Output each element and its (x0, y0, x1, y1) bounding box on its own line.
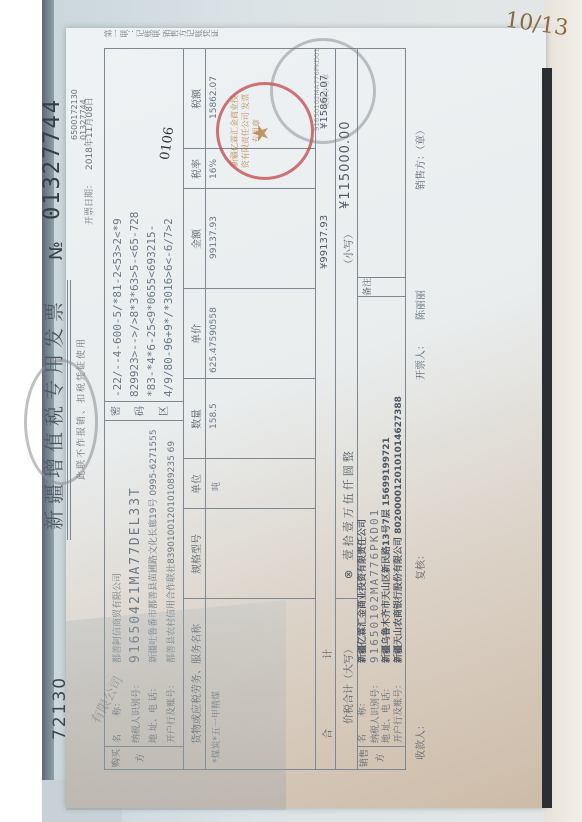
seller-label: 销售方 (357, 746, 405, 769)
star-icon: ★ (249, 123, 274, 143)
grand-total-words: ⊗ 壹拾壹万伍仟圆整 (340, 448, 356, 579)
seller-name-label: 名 称： (357, 663, 369, 743)
seller-bank: 新疆天山农商银行股份有限公司 8020000120101014627388 (394, 396, 404, 663)
grand-total-small-label: （小写） (340, 229, 355, 269)
totals-row: 合 计 ¥99137.93 ¥15862.07 (315, 49, 336, 769)
item-price: 625.47590558 (209, 307, 219, 373)
cipher-line: *83-*4*6-25<9*0655<693215- (143, 57, 160, 397)
col-amount-label: 金额 (183, 189, 203, 289)
seller-bank-row: 开户行及账号：新疆天山农商银行股份有限公司 802000012010101462… (393, 303, 405, 743)
item-amount: 99137.93 (209, 216, 219, 259)
invoice-title: 新疆增值税专用发票 (38, 296, 67, 530)
seller-name: 新疆亿霖汇金商业投资有限责任公司 (358, 519, 368, 663)
date-label: 开票日期： (82, 180, 95, 225)
number-label: № (46, 241, 67, 260)
invoice-subtitle: 此联不作报销、扣税凭证使用 (74, 337, 87, 480)
issuer-name: 陈丽丽 (412, 290, 427, 320)
invoice-date: 2018年11月08日 (82, 97, 95, 170)
seller-section: 销售方 名 称：新疆亿霖汇金商业投资有限责任公司 纳税人识别号：91650102… (357, 49, 405, 769)
seller-taxid-row: 纳税人识别号：91650102MA776PKD01 (369, 303, 381, 743)
col-spec: 规格型号 (183, 508, 205, 599)
col-tax: 税额 (183, 49, 205, 149)
cipher-area-label: 密码区 (105, 401, 183, 421)
col-spec-label: 规格型号 (183, 509, 203, 599)
grand-total-row: 价税合计（大写） ⊗ 壹拾壹万伍仟圆整 （小写） ¥115000.00 (335, 49, 358, 769)
grey-invoice-stamp: 91650102MA776PKD01 发票专用章 (270, 38, 376, 144)
seller-address-row: 地 址、电 话：新疆乌鲁木齐市天山区新民路13号7层 15699199721 (381, 303, 393, 743)
item-rate: 16% (209, 159, 219, 179)
cipher-line: -22/--4-600-5/*81-2<53>2<*9 (109, 57, 126, 397)
item-qty: 158.5 (209, 403, 219, 429)
cipher-area: -22/--4-600-5/*81-2<53>2<*9 829923>-->/>… (109, 57, 177, 397)
title-underline (67, 280, 71, 540)
grand-total-label: 价税合计（大写） (335, 599, 355, 769)
grey-stamp-text: 91650102MA776PKD01 发票专用章 (313, 51, 331, 131)
total-amount: ¥99137.93 (319, 215, 330, 269)
issuer-label: 开票人： (412, 340, 427, 380)
col-rate-label: 税率 (183, 149, 203, 189)
code-small: 6500172130 (70, 89, 79, 140)
seller-seal-label: 销售方：（章） (412, 125, 427, 190)
col-unit-label: 单位 (183, 459, 203, 509)
col-price: 单价 (183, 288, 205, 379)
invoice-footer: 收款人： 复核： 开票人： 陈丽丽 销售方：（章） (412, 50, 432, 770)
seller-bank-label: 开户行及账号： (393, 663, 405, 743)
item-unit: 吨 (209, 482, 222, 491)
copy-designation: 第一联：记账联 销售方记账凭证 (104, 28, 404, 42)
sheet-edge-shadow (542, 68, 552, 808)
cipher-line: 4/9/80-96+9*/*3016>6<-6/7>2 (160, 57, 177, 397)
seller-taxid: 91650102MA776PKD01 (368, 508, 381, 663)
total-label: 合 计 (319, 643, 334, 739)
col-qty: 数量 (183, 378, 205, 459)
remarks-label: 备注 (357, 277, 405, 297)
seller-address: 新疆乌鲁木齐市天山区新民路13号7层 15699199721 (382, 437, 392, 663)
col-qty-label: 数量 (183, 379, 203, 459)
reviewer-label: 复核： (412, 550, 427, 580)
invoice-number: 01327744 (40, 98, 65, 220)
cipher-line: 829923>-->/>8*3*63>5-<65-728 (126, 57, 143, 397)
payee-label: 收款人： (412, 720, 427, 760)
item-tax: 15862.07 (209, 76, 219, 119)
col-tax-label: 税额 (183, 49, 203, 149)
col-rate: 税率 (183, 148, 205, 189)
seller-section-label: 销售方 (357, 747, 389, 769)
grand-total-label-cell: 价税合计（大写） (335, 598, 357, 769)
seller-details: 名 称：新疆亿霖汇金商业投资有限责任公司 纳税人识别号：91650102MA77… (357, 303, 405, 743)
col-price-label: 单价 (183, 289, 203, 379)
col-amount: 金额 (183, 188, 205, 289)
col-unit: 单位 (183, 458, 205, 509)
seller-address-label: 地 址、电 话： (381, 663, 393, 743)
